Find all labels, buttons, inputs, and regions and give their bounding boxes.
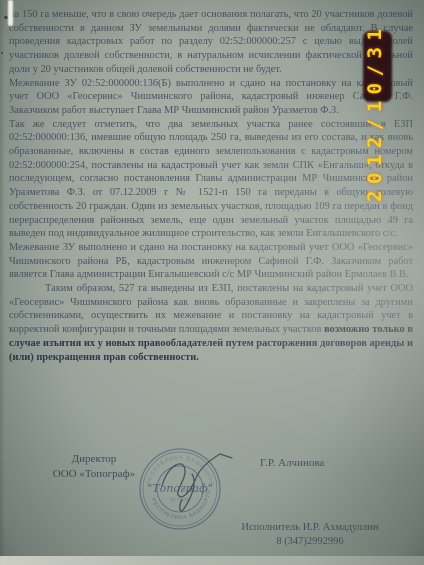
paragraph-mezhevanie-zu: Межевание ЗУ выполнено и сдано на постан… (9, 241, 413, 282)
executor-name: Исполнитель И.Р. Ахмадуллин (218, 521, 402, 535)
camera-date-stamp: 2012/10/31 (364, 10, 392, 202)
paragraph-conclusion: Таким образом, 527 га выведены из ЕЗП, п… (9, 282, 413, 364)
company-seal: РЕСПУБЛИКА БАШКОРТОСТАН РЕСПУБЛИКА БАШКО… (132, 444, 240, 536)
document-text: на 150 га меньше, что в свою очередь дае… (9, 8, 413, 364)
document-photo: на 150 га меньше, что в свою очередь дае… (0, 0, 424, 565)
seal-number-text: 52 78056 (170, 497, 190, 502)
photo-left-edge (0, 0, 5, 565)
photo-bottom-edge (0, 556, 424, 565)
paragraph-two-parcels: Так же следует отметить, что два земельн… (9, 118, 413, 241)
seal-center-text: "Топограф" (147, 482, 213, 495)
paragraph-share-owners: на 150 га меньше, что в свою очередь дае… (9, 8, 413, 77)
paragraph-mezhevanie-136b: Межевание ЗУ 02:52:000000:136(Б) выполне… (9, 77, 413, 118)
executor-phone: 8 (347)2992996 (218, 535, 402, 549)
director-name: Г.Р. Алчинова (260, 457, 324, 469)
paper-fold-highlight (8, 0, 13, 26)
executor-block: Исполнитель И.Р. Ахмадуллин 8 (347)29929… (218, 521, 402, 549)
